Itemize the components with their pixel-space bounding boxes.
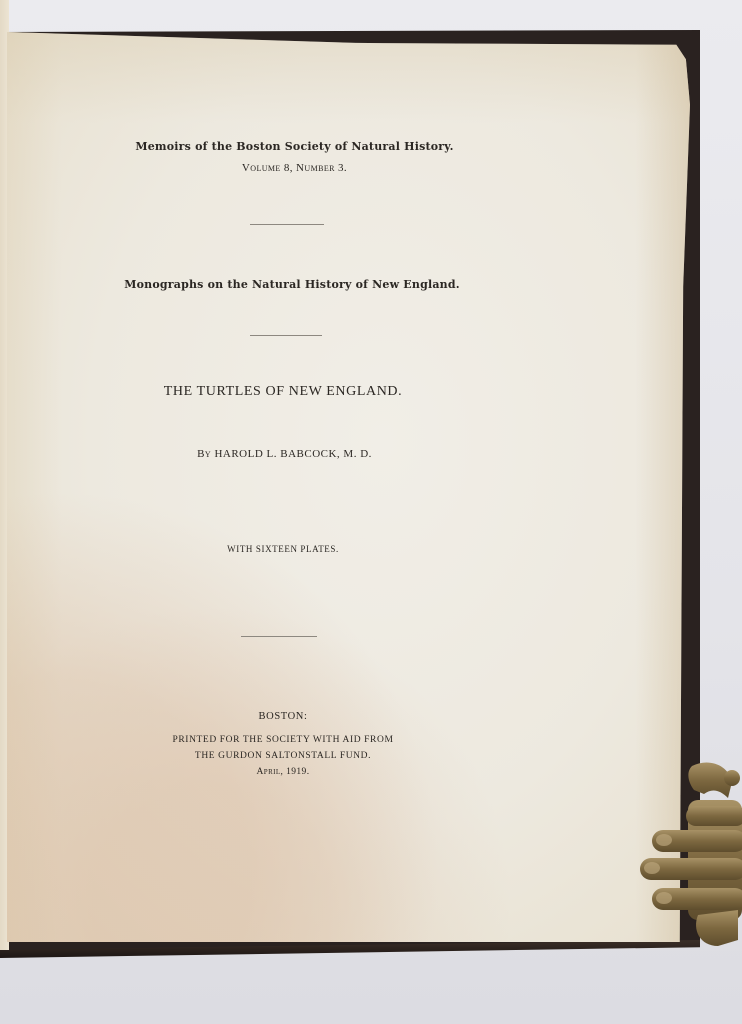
author-name: HAROLD L. BABCOCK, M. D. xyxy=(214,448,371,460)
brass-hand-bookend-icon xyxy=(628,760,742,950)
series-title: Memoirs of the Boston Society of Natural… xyxy=(7,140,582,153)
imprint-line-1: PRINTED FOR THE SOCIETY WITH AID FROM xyxy=(7,735,559,745)
imprint-line-2: THE GURDON SALTONSTALL FUND. xyxy=(7,751,559,761)
title-page: Memoirs of the Boston Society of Natural… xyxy=(7,32,690,942)
imprint-place: BOSTON: xyxy=(7,711,559,722)
author-line: By HAROLD L. BABCOCK, M. D. xyxy=(7,448,562,460)
separator-rule xyxy=(250,335,322,336)
plates-note: WITH SIXTEEN PLATES. xyxy=(7,544,559,554)
volume-line: Volume 8, Number 3. xyxy=(7,162,582,174)
monograph-series-title: Monographs on the Natural History of New… xyxy=(7,278,577,291)
author-prefix: By xyxy=(197,448,211,460)
separator-rule xyxy=(241,636,317,637)
book-title: THE TURTLES OF NEW ENGLAND. xyxy=(7,384,559,400)
photo-scene: Memoirs of the Boston Society of Natural… xyxy=(0,0,742,1024)
separator-rule xyxy=(250,224,324,225)
imprint-date: April, 1919. xyxy=(7,767,559,777)
